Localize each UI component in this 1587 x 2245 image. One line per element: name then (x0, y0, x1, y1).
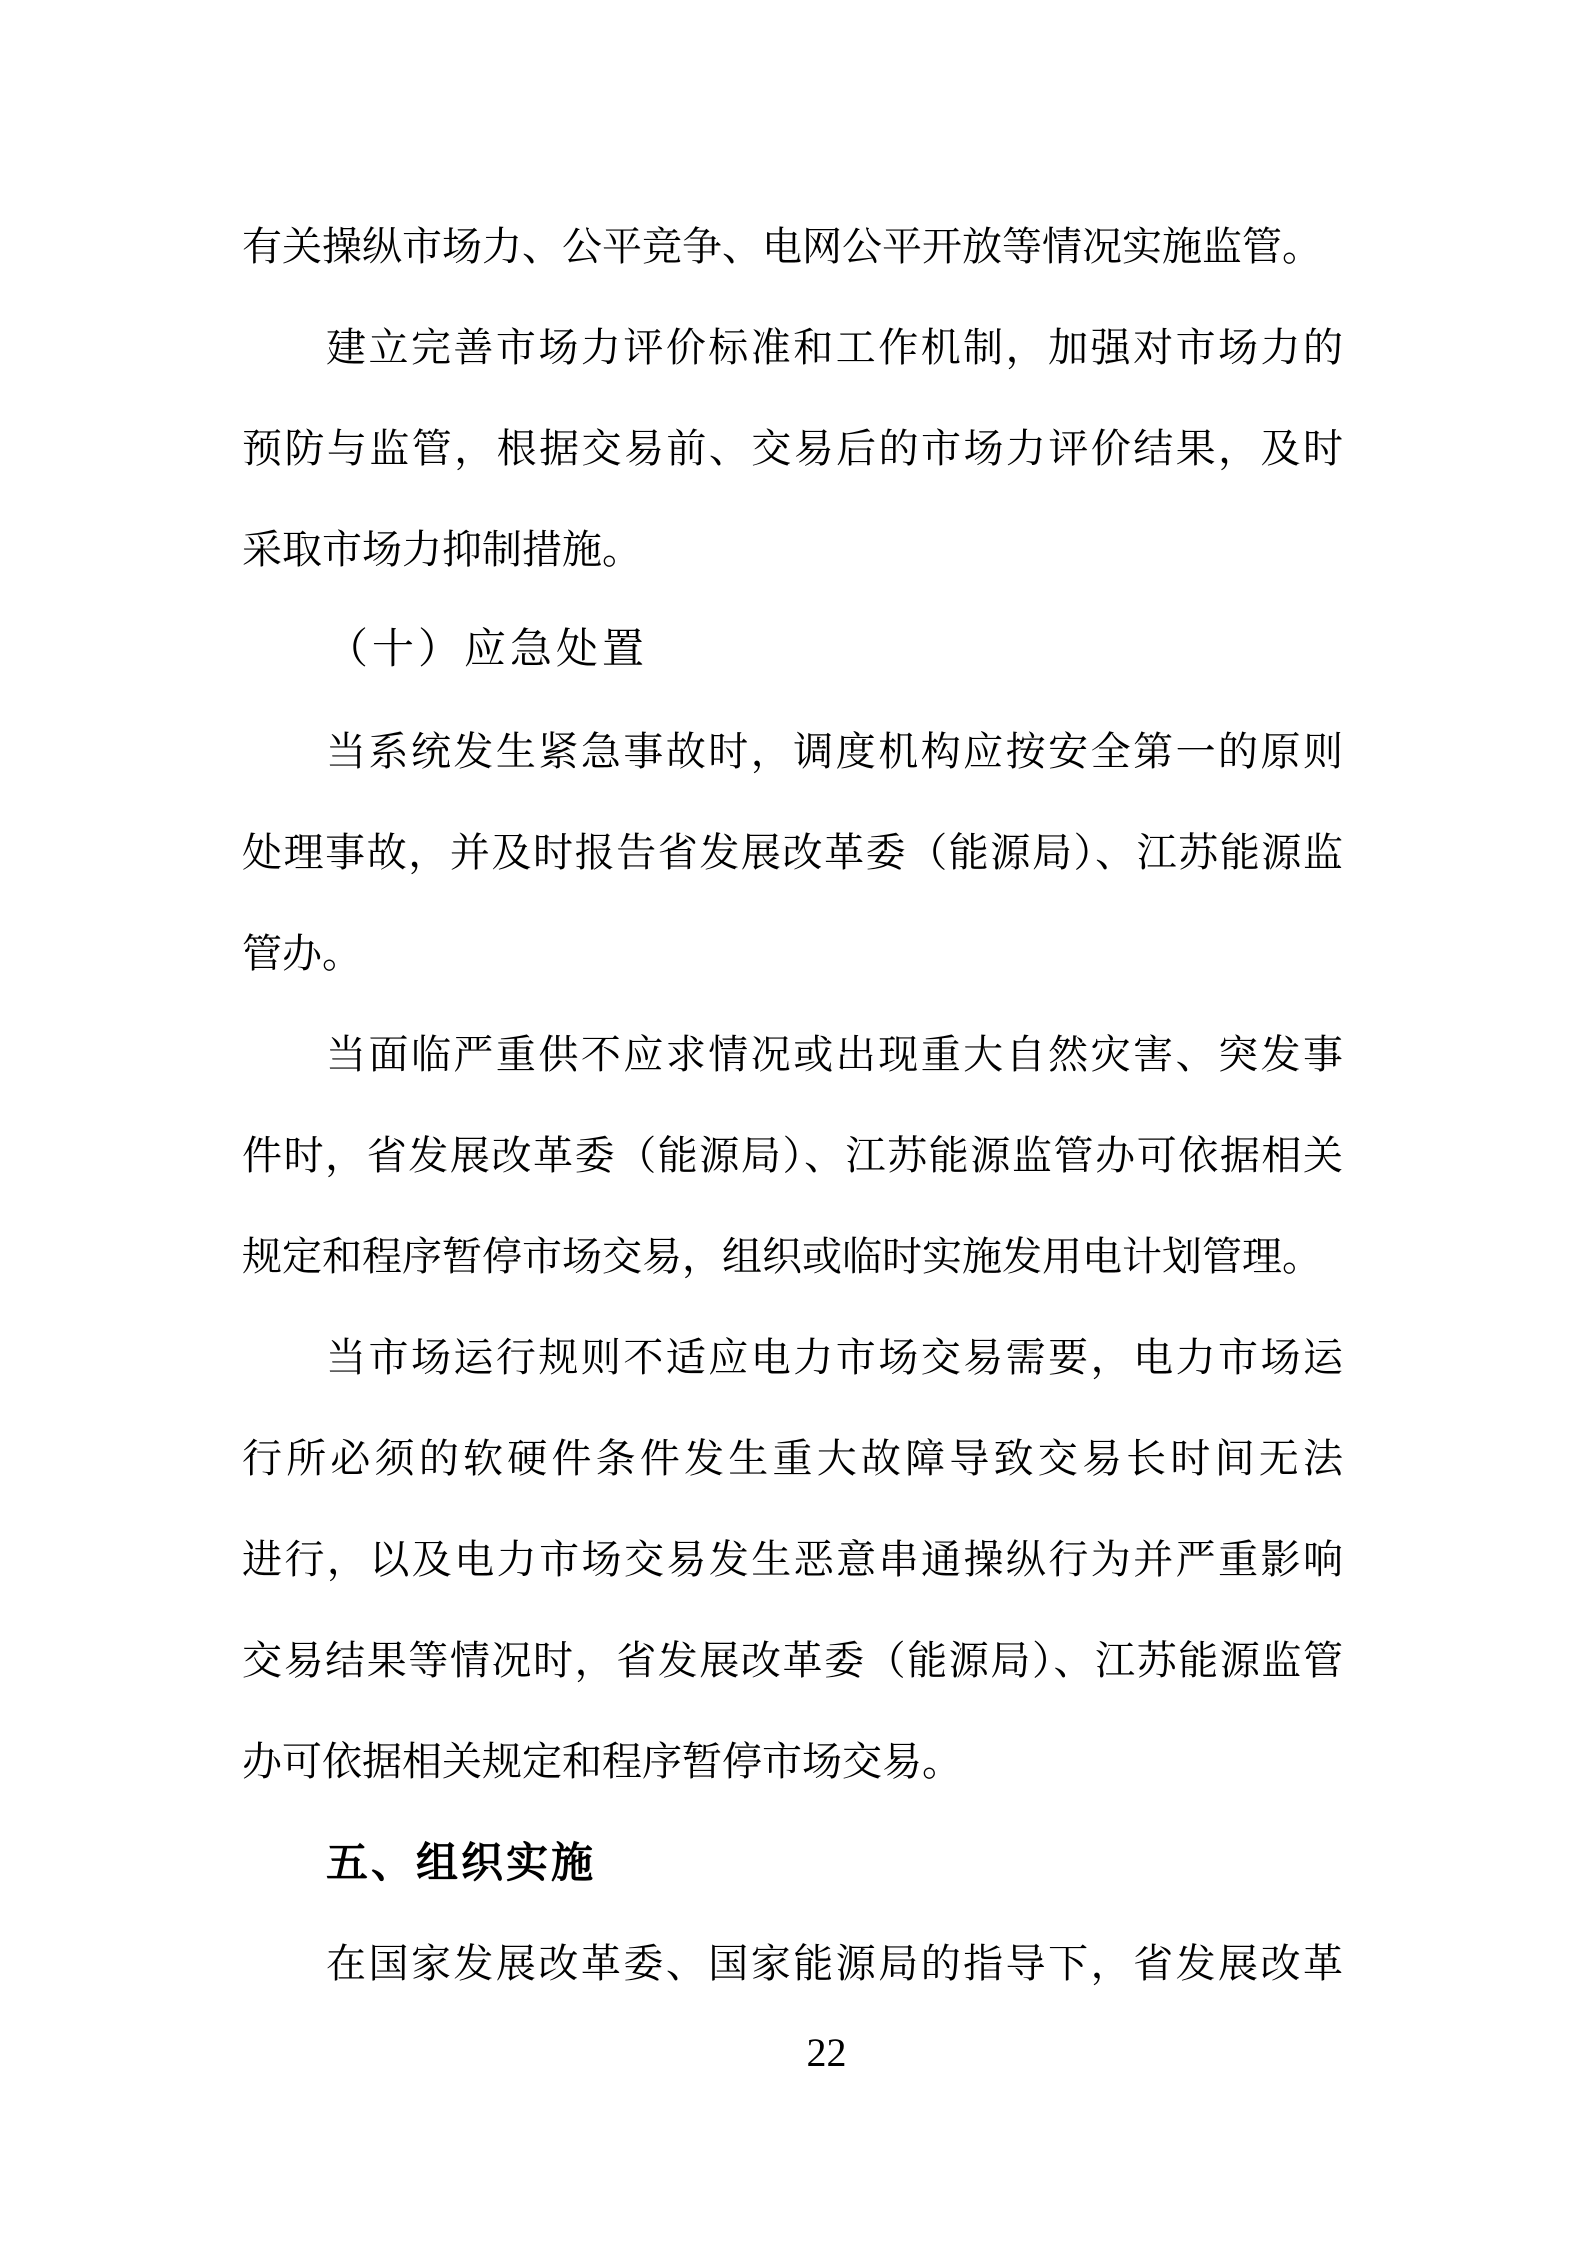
body-line: 规定和程序暂停市场交易，组织或临时实施发用电计划管理。 (242, 1206, 1343, 1307)
body-line: 在国家发展改革委、国家能源局的指导下，省发展改革 (242, 1913, 1343, 2014)
section-heading-emergency: （十）应急处置 (242, 600, 1343, 701)
body-line: 当系统发生紧急事故时，调度机构应按安全第一的原则 (242, 701, 1343, 802)
page-number: 22 (33, 2028, 1587, 2078)
body-line: 有关操纵市场力、公平竞争、电网公平开放等情况实施监管。 (242, 196, 1343, 297)
body-line: 处理事故，并及时报告省发展改革委（能源局）、江苏能源监 (242, 802, 1343, 903)
body-line: 办可依据相关规定和程序暂停市场交易。 (242, 1711, 1343, 1812)
body-line: 预防与监管，根据交易前、交易后的市场力评价结果，及时 (242, 398, 1343, 499)
document-page: 有关操纵市场力、公平竞争、电网公平开放等情况实施监管。 建立完善市场力评价标准和… (0, 0, 1587, 2245)
body-line: 管办。 (242, 903, 1343, 1004)
body-line: 当面临严重供不应求情况或出现重大自然灾害、突发事 (242, 1004, 1343, 1105)
section-heading-organization: 五、组织实施 (242, 1812, 1343, 1913)
body-line: 件时，省发展改革委（能源局）、江苏能源监管办可依据相关 (242, 1105, 1343, 1206)
body-line: 当市场运行规则不适应电力市场交易需要，电力市场运 (242, 1307, 1343, 1408)
body-line: 进行，以及电力市场交易发生恶意串通操纵行为并严重影响 (242, 1509, 1343, 1610)
document-body: 有关操纵市场力、公平竞争、电网公平开放等情况实施监管。 建立完善市场力评价标准和… (242, 196, 1343, 2014)
body-line: 建立完善市场力评价标准和工作机制，加强对市场力的 (242, 297, 1343, 398)
body-line: 行所必须的软硬件条件发生重大故障导致交易长时间无法 (242, 1408, 1343, 1509)
body-line: 采取市场力抑制措施。 (242, 499, 1343, 600)
body-line: 交易结果等情况时，省发展改革委（能源局）、江苏能源监管 (242, 1610, 1343, 1711)
